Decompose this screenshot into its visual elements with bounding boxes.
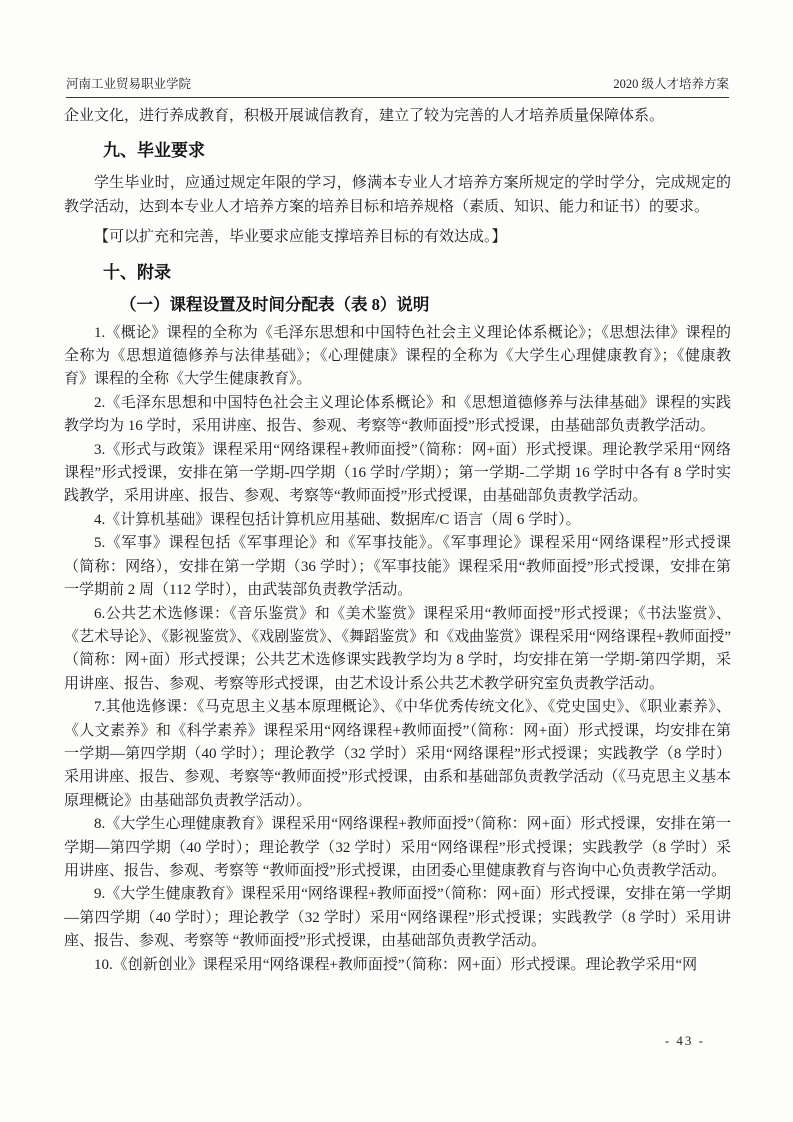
header-document-title: 2020 级人才培养方案 bbox=[613, 74, 729, 92]
section-9-paragraph: 学生毕业时，应通过规定年限的学习，修满本专业人才培养方案所规定的学时学分，完成规… bbox=[64, 172, 731, 219]
appendix-item-10: 10.《创新创业》课程采用“网络课程+教师面授”（简称：网+面）形式授课。理论教… bbox=[64, 954, 731, 977]
appendix-item-7: 7.其他选修课：《马克思主义基本原理概论》、《中华优秀传统文化》、《党史国史》、… bbox=[64, 696, 731, 813]
appendix-item-1: 1.《概论》课程的全称为《毛泽东思想和中国特色社会主义理论体系概论》；《思想法律… bbox=[64, 322, 731, 392]
document-page: 河南工业贸易职业学院 2020 级人才培养方案 企业文化，进行养成教育，积极开展… bbox=[0, 0, 793, 1122]
appendix-item-9: 9.《大学生健康教育》课程采用“网络课程+教师面授”（简称：网+面）形式授课，安… bbox=[64, 883, 731, 953]
page-number: - 43 - bbox=[665, 1033, 705, 1049]
section-10-heading: 十、附录 bbox=[64, 262, 731, 284]
section-9-note: 【可以扩充和完善，毕业要求应能支撑培养目标的有效达成。】 bbox=[64, 226, 731, 249]
appendix-item-3: 3.《形式与政策》课程采用“网络课程+教师面授”（简称：网+面）形式授课。理论教… bbox=[64, 439, 731, 509]
section-9-heading: 九、毕业要求 bbox=[64, 140, 731, 162]
appendix-item-6: 6.公共艺术选修课：《音乐鉴赏》和《美术鉴赏》课程采用“教师面授”形式授课；《书… bbox=[64, 603, 731, 697]
appendix-item-4: 4.《计算机基础》课程包括计算机应用基础、数据库/C 语言（周 6 学时）。 bbox=[64, 509, 731, 532]
appendix-subtitle: （一）课程设置及时间分配表（表 8）说明 bbox=[64, 294, 731, 316]
appendix-item-2: 2.《毛泽东思想和中国特色社会主义理论体系概论》和《思想道德修养与法律基础》课程… bbox=[64, 392, 731, 439]
document-body: 企业文化，进行养成教育，积极开展诚信教育，建立了较为完善的人才培养质量保障体系。… bbox=[64, 105, 731, 977]
appendix-item-5: 5.《军事》课程包括《军事理论》和《军事技能》。《军事理论》课程采用“网络课程”… bbox=[64, 532, 731, 602]
header-school-name: 河南工业贸易职业学院 bbox=[66, 74, 191, 92]
appendix-item-8: 8.《大学生心理健康教育》课程采用“网络课程+教师面授”（简称：网+面）形式授课… bbox=[64, 813, 731, 883]
page-header: 河南工业贸易职业学院 2020 级人才培养方案 bbox=[66, 74, 729, 98]
intro-paragraph: 企业文化，进行养成教育，积极开展诚信教育，建立了较为完善的人才培养质量保障体系。 bbox=[64, 105, 731, 128]
